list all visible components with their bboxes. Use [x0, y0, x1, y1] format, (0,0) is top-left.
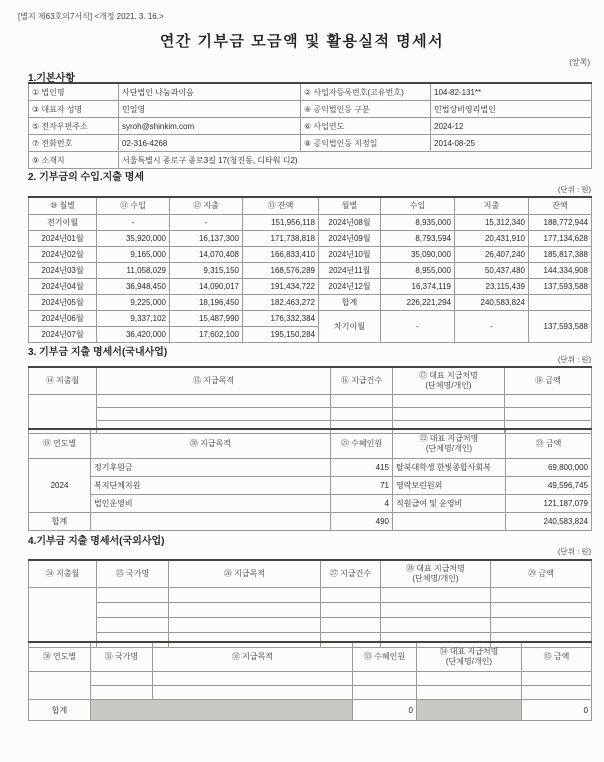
- column-header: ㉗ 지급건수: [321, 560, 381, 588]
- empty-cell: [169, 588, 321, 603]
- table-row: [29, 618, 592, 633]
- field-value: 서울특별시 종로구 종로3길 17(청진동, 디타워 디2): [119, 152, 592, 169]
- field-value: 민일영: [119, 101, 301, 118]
- table-row: [29, 672, 592, 686]
- amount-cell: -: [381, 311, 455, 343]
- empty-cell: [381, 603, 491, 618]
- table-row: [29, 686, 592, 700]
- amount-cell: 18,196,450: [170, 295, 243, 311]
- empty-cell: [491, 618, 592, 633]
- field-value: 2014-08-25: [431, 135, 592, 152]
- empty-cell: [491, 588, 592, 603]
- empty-cell: [331, 395, 393, 408]
- amount-cell: 9,165,000: [97, 247, 170, 263]
- column-header: ㉖ 지급목적: [169, 560, 321, 588]
- empty-cell: [505, 395, 592, 408]
- monthly-income-expense-table: ⑩ 월별⑪ 수입⑫ 지출⑬ 잔액월별수입지출잔액전기이월--151,956,11…: [28, 196, 592, 343]
- amount-cell: 17,602,100: [170, 327, 243, 343]
- month-cell: 2024년07월: [29, 327, 97, 343]
- amount-cell: 191,434,722: [243, 279, 319, 295]
- total-label: 합계: [29, 513, 91, 531]
- amount-cell: 137,593,588: [529, 311, 592, 343]
- empty-cell: [381, 588, 491, 603]
- empty-cell: [321, 603, 381, 618]
- amount-cell: 35,920,000: [97, 231, 170, 247]
- unit-label-section2: (단위 : 원): [558, 184, 591, 195]
- column-header: ⑫ 지출: [170, 197, 243, 215]
- month-cell: 2024년04월: [29, 279, 97, 295]
- empty-cell: [393, 513, 506, 531]
- empty-cell: [91, 686, 153, 700]
- total-count: 0: [353, 700, 417, 721]
- field-value: 사단법인 나눔과이음: [119, 83, 301, 101]
- table-row: 2024년04월36,948,45014,090,017191,434,7222…: [29, 279, 592, 295]
- empty-cell: [97, 408, 331, 421]
- column-header: ㉜ 지급목적: [153, 642, 353, 672]
- empty-cell: [321, 618, 381, 633]
- column-header: ㉛ 국가명: [91, 642, 153, 672]
- field-value: 02-316-4268: [119, 135, 301, 152]
- amount-cell: 8,935,000: [381, 215, 455, 231]
- amount-cell: 36,420,000: [97, 327, 170, 343]
- empty-cell: [353, 672, 417, 686]
- field-label: ① 법인명: [29, 83, 119, 101]
- field-label: ⑤ 전자우편주소: [29, 118, 119, 135]
- field-label: ② 사업자등록번호(고유번호): [301, 83, 431, 101]
- amount-cell: 9,225,000: [97, 295, 170, 311]
- table-row: 합계490240,583,824: [29, 513, 592, 531]
- payee-cell: 직원급여 및 운영비: [393, 495, 506, 513]
- table-row: ⑩ 월별⑪ 수입⑫ 지출⑬ 잔액월별수입지출잔액: [29, 197, 592, 215]
- column-header: ⑬ 잔액: [243, 197, 319, 215]
- month-cell: 2024년09월: [319, 231, 381, 247]
- amount-cell: 16,137,300: [170, 231, 243, 247]
- table-row: 법인운영비4직원급여 및 운영비121,187,079: [29, 495, 592, 513]
- month-cell: 2024년06월: [29, 311, 97, 327]
- table-row: ③ 대표자 성명민일영④ 공익법인등 구분민법상비영리법인: [29, 101, 592, 118]
- empty-cell: [505, 408, 592, 421]
- month-cell: 2024년01월: [29, 231, 97, 247]
- empty-cell: [153, 672, 353, 686]
- amount-cell: 35,090,000: [381, 247, 455, 263]
- empty-cell: [97, 395, 331, 408]
- column-header: ㉕ 국가명: [97, 560, 169, 588]
- count-cell: 71: [331, 477, 393, 495]
- shaded-cell: [417, 700, 522, 721]
- amount-cell: 9,315,150: [170, 263, 243, 279]
- amount-cell: 14,090,017: [170, 279, 243, 295]
- column-header: ⑲ 연도별: [29, 429, 91, 459]
- table-row: ㉚ 연도별㉛ 국가명㉜ 지급목적㉝ 수혜인원㉞ 대표 지급처명 (단체명/개인)…: [29, 642, 592, 672]
- payee-cell: 영락보린원외: [393, 477, 506, 495]
- empty-cell: [97, 618, 169, 633]
- column-header: 잔액: [529, 197, 592, 215]
- empty-cell: [491, 603, 592, 618]
- empty-cell: [97, 603, 169, 618]
- overseas-expense-by-year-table: ㉚ 연도별㉛ 국가명㉜ 지급목적㉝ 수혜인원㉞ 대표 지급처명 (단체명/개인)…: [28, 641, 592, 721]
- amount-cell: 50,437,480: [455, 263, 529, 279]
- table-row: ⑲ 연도별⑳ 지급목적㉑ 수혜인원㉒ 대표 지급처명 (단체명/개인)㉓ 금액: [29, 429, 592, 459]
- empty-cell: [169, 618, 321, 633]
- purpose-cell: 정기후원금: [91, 459, 331, 477]
- amount-cell: 69,800,000: [506, 459, 592, 477]
- empty-cell: [169, 603, 321, 618]
- empty-cell: [417, 686, 522, 700]
- field-value: syroh@shinkim.com: [119, 118, 301, 135]
- month-cell: 2024년12월: [319, 279, 381, 295]
- amount-cell: 8,793,594: [381, 231, 455, 247]
- empty-cell: [522, 686, 592, 700]
- month-cell: 2024년10월: [319, 247, 381, 263]
- field-label: ⑥ 사업연도: [301, 118, 431, 135]
- column-header: ㉟ 금액: [522, 642, 592, 672]
- unit-label-section3: (단위 : 원): [558, 354, 591, 365]
- purpose-cell: 복지단체지원: [91, 477, 331, 495]
- empty-cell: [321, 588, 381, 603]
- section3-heading: 3. 기부금 지출 명세서(국내사업): [28, 343, 167, 358]
- month-cell: 차기이월: [319, 311, 381, 343]
- table-row: [29, 395, 592, 408]
- purpose-cell: 법인운영비: [91, 495, 331, 513]
- empty-cell: [353, 686, 417, 700]
- empty-cell: [91, 513, 331, 531]
- amount-cell: 15,487,990: [170, 311, 243, 327]
- table-row: ⑦ 전화번호02-316-4268⑧ 공익법인등 지정일2014-08-25: [29, 135, 592, 152]
- amount-cell: 166,833,410: [243, 247, 319, 263]
- domestic-expense-by-year-table: ⑲ 연도별⑳ 지급목적㉑ 수혜인원㉒ 대표 지급처명 (단체명/개인)㉓ 금액2…: [28, 428, 592, 531]
- amount-cell: 195,150,284: [243, 327, 319, 343]
- field-label: ⑦ 전화번호: [29, 135, 119, 152]
- section2-heading: 2. 기부금의 수입.지출 명세: [28, 168, 144, 183]
- shaded-cell: [91, 700, 353, 721]
- amount-cell: -: [455, 311, 529, 343]
- overseas-expense-by-month-table: ㉔ 지출월㉕ 국가명㉖ 지급목적㉗ 지급건수㉘ 대표 지급처명 (단체명/개인)…: [28, 559, 592, 648]
- empty-cell: [153, 686, 353, 700]
- amount-cell: 8,955,000: [381, 263, 455, 279]
- form-number-note: [별지 제63호의7서식] <개정 2021. 3. 16.>: [18, 11, 164, 22]
- amount-cell: 177,134,628: [529, 231, 592, 247]
- amount-cell: 144,334,908: [529, 263, 592, 279]
- column-header: ㉓ 금액: [506, 429, 592, 459]
- empty-cell: [29, 672, 91, 700]
- count-cell: 415: [331, 459, 393, 477]
- amount-cell: 240,583,824: [455, 295, 529, 311]
- month-cell: 합계: [319, 295, 381, 311]
- column-header: 지출: [455, 197, 529, 215]
- month-cell: 2024년02월: [29, 247, 97, 263]
- column-header: ㉙ 금액: [491, 560, 592, 588]
- amount-cell: 9,337,102: [97, 311, 170, 327]
- column-header: ⑪ 수입: [97, 197, 170, 215]
- table-row: 2024년02월9,165,00014,070,408166,833,41020…: [29, 247, 592, 263]
- amount-cell: 15,312,340: [455, 215, 529, 231]
- column-header: ㉒ 대표 지급처명 (단체명/개인): [393, 429, 506, 459]
- table-row: [29, 603, 592, 618]
- column-header: ㉔ 지출월: [29, 560, 97, 588]
- table-row: ⑤ 전자우편주소syroh@shinkim.com⑥ 사업연도2024-12: [29, 118, 592, 135]
- amount-cell: 182,463,272: [243, 295, 319, 311]
- table-row: ⑭ 지출월⑮ 지급목적⑯ 지급건수⑰ 대표 지급처명 (단체명/개인)⑱ 금액: [29, 367, 592, 395]
- field-value: 104-82-131**: [431, 83, 592, 101]
- column-header: ⑩ 월별: [29, 197, 97, 215]
- amount-cell: 176,332,384: [243, 311, 319, 327]
- table-row: 2024년01월35,920,00016,137,300171,738,8182…: [29, 231, 592, 247]
- table-row: 2024정기후원금415탈북대학생 한빛종합사회복69,800,000: [29, 459, 592, 477]
- page-title: 연간 기부금 모금액 및 활용실적 명세서: [0, 30, 604, 51]
- table-row: [29, 588, 592, 603]
- column-header: ㉑ 수혜인원: [331, 429, 393, 459]
- unit-label-section4: (단위 : 원): [558, 546, 591, 557]
- empty-cell: [417, 672, 522, 686]
- table-row: 복지단체지원71영락보린원외49,596,745: [29, 477, 592, 495]
- total-amount: 0: [522, 700, 592, 721]
- amount-cell: 137,593,588: [529, 279, 592, 295]
- table-row: 2024년06월9,337,10215,487,990176,332,384차기…: [29, 311, 592, 327]
- table-row: 2024년05월9,225,00018,196,450182,463,272합계…: [29, 295, 592, 311]
- amount-cell: 168,576,289: [243, 263, 319, 279]
- amount-cell: 36,948,450: [97, 279, 170, 295]
- total-amount: 240,583,824: [506, 513, 592, 531]
- month-cell: 2024년03월: [29, 263, 97, 279]
- table-row: 전기이월--151,956,1182024년08월8,935,00015,312…: [29, 215, 592, 231]
- table-row: [29, 408, 592, 421]
- table-row: ① 법인명사단법인 나눔과이음② 사업자등록번호(고유번호)104-82-131…: [29, 83, 592, 101]
- count-cell: 4: [331, 495, 393, 513]
- empty-cell: [97, 588, 169, 603]
- empty-cell: [331, 408, 393, 421]
- empty-cell: [29, 588, 97, 648]
- month-cell: 2024년11월: [319, 263, 381, 279]
- empty-cell: [393, 408, 505, 421]
- empty-cell: [522, 672, 592, 686]
- table-row: ⑨ 소재지서울특별시 종로구 종로3길 17(청진동, 디타워 디2): [29, 152, 592, 169]
- amount-cell: 20,431,910: [455, 231, 529, 247]
- amount-cell: 171,738,818: [243, 231, 319, 247]
- amount-cell: [529, 295, 592, 311]
- amount-cell: 16,374,119: [381, 279, 455, 295]
- month-cell: 전기이월: [29, 215, 97, 231]
- payee-cell: 탈북대학생 한빛종합사회복: [393, 459, 506, 477]
- field-label: ⑧ 공익법인등 지정일: [301, 135, 431, 152]
- field-value: 민법상비영리법인: [431, 101, 592, 118]
- field-label: ③ 대표자 성명: [29, 101, 119, 118]
- empty-cell: [393, 395, 505, 408]
- front-side-label: (앞쪽): [569, 57, 590, 68]
- field-value: 2024-12: [431, 118, 592, 135]
- table-row: 합계00: [29, 700, 592, 721]
- total-label: 합계: [29, 700, 91, 721]
- column-header: ⑰ 대표 지급처명 (단체명/개인): [393, 367, 505, 395]
- column-header: ⑳ 지급목적: [91, 429, 331, 459]
- amount-cell: 226,221,294: [381, 295, 455, 311]
- month-cell: 2024년08월: [319, 215, 381, 231]
- column-header: 월별: [319, 197, 381, 215]
- field-label: ⑨ 소재지: [29, 152, 119, 169]
- column-header: ⑮ 지급목적: [97, 367, 331, 395]
- year-cell: 2024: [29, 459, 91, 513]
- column-header: ㉘ 대표 지급처명 (단체명/개인): [381, 560, 491, 588]
- amount-cell: 11,058,029: [97, 263, 170, 279]
- amount-cell: 188,772,944: [529, 215, 592, 231]
- empty-cell: [381, 618, 491, 633]
- donation-report-form: [별지 제63호의7서식] <개정 2021. 3. 16.> 연간 기부금 모…: [0, 0, 604, 762]
- amount-cell: 151,956,118: [243, 215, 319, 231]
- amount-cell: 14,070,408: [170, 247, 243, 263]
- month-cell: 2024년05월: [29, 295, 97, 311]
- amount-cell: 49,596,745: [506, 477, 592, 495]
- total-count: 490: [331, 513, 393, 531]
- section4-heading: 4.기부금 지출 명세서(국외사업): [28, 532, 164, 547]
- amount-cell: 26,407,240: [455, 247, 529, 263]
- domestic-expense-by-month-table: ⑭ 지출월⑮ 지급목적⑯ 지급건수⑰ 대표 지급처명 (단체명/개인)⑱ 금액: [28, 366, 592, 434]
- column-header: ⑯ 지급건수: [331, 367, 393, 395]
- amount-cell: -: [97, 215, 170, 231]
- field-label: ④ 공익법인등 구분: [301, 101, 431, 118]
- column-header: ㉞ 대표 지급처명 (단체명/개인): [417, 642, 522, 672]
- table-row: 2024년03월11,058,0299,315,150168,576,28920…: [29, 263, 592, 279]
- column-header: ㉚ 연도별: [29, 642, 91, 672]
- amount-cell: 185,817,388: [529, 247, 592, 263]
- amount-cell: -: [170, 215, 243, 231]
- amount-cell: 23,115,439: [455, 279, 529, 295]
- column-header: ⑱ 금액: [505, 367, 592, 395]
- amount-cell: 121,187,079: [506, 495, 592, 513]
- empty-cell: [91, 672, 153, 686]
- column-header: 수입: [381, 197, 455, 215]
- table-row: ㉔ 지출월㉕ 국가명㉖ 지급목적㉗ 지급건수㉘ 대표 지급처명 (단체명/개인)…: [29, 560, 592, 588]
- column-header: ⑭ 지출월: [29, 367, 97, 395]
- basic-info-table: ① 법인명사단법인 나눔과이음② 사업자등록번호(고유번호)104-82-131…: [28, 82, 592, 169]
- column-header: ㉝ 수혜인원: [353, 642, 417, 672]
